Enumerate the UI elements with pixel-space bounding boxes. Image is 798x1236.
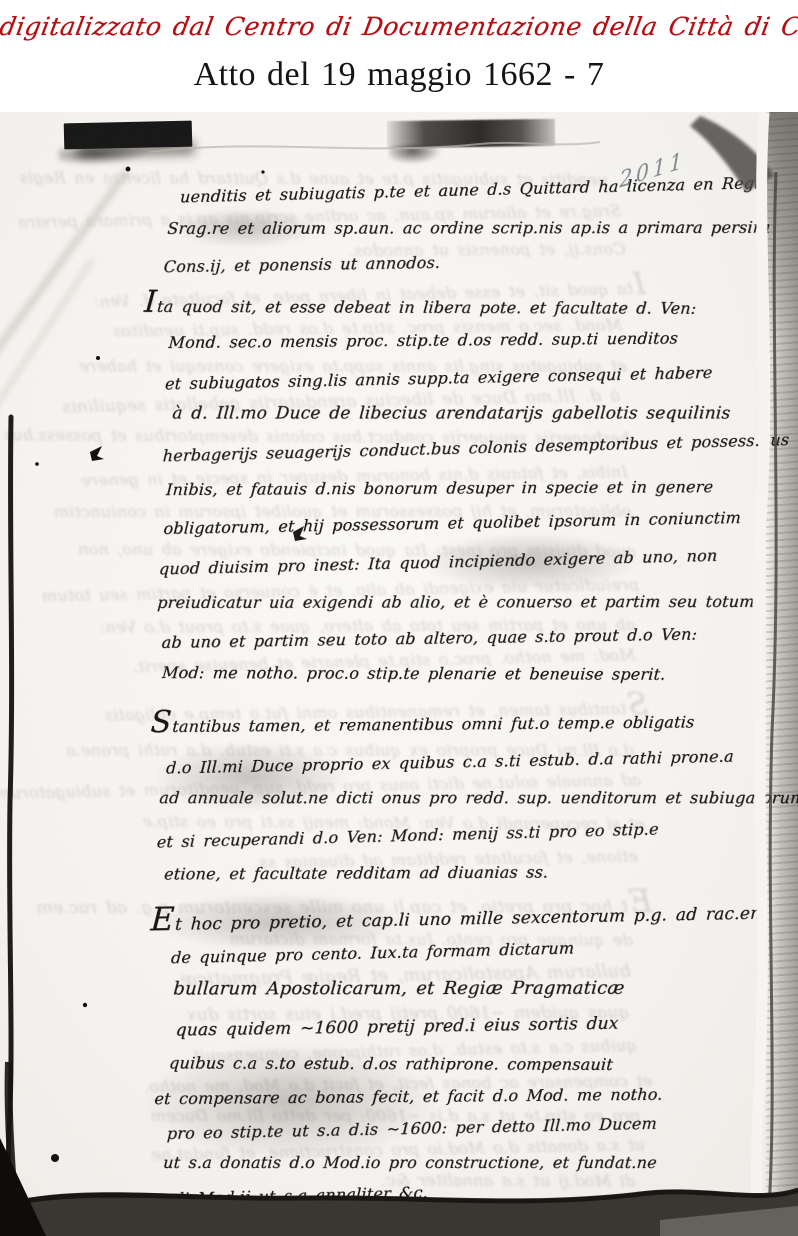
manuscript-line: Mod: me notho. proc.o stip.te plenarie e… [161,662,666,686]
page-header: digitalizzato dal Centro di Documentazio… [0,0,798,112]
manuscript-line: d.o Ill.mi Duce proprio ex quibus c.a s.… [165,746,734,780]
manuscript-line: Stantibus tamen, et remanentibus omni fu… [150,707,696,738]
manuscript-line: ut s.a donatis d.o Mod.io pro constructi… [162,1152,657,1174]
manuscript-line: etione, et facultate redditam ad diuania… [163,861,549,885]
manuscript-line: et si recuperandi d.o Ven: Mond: menij s… [156,818,659,853]
manuscript-line: et subiugatos sing.lis annis supp.ta exi… [164,362,713,395]
manuscript-line: Mond. sec.o mensis proc. stip.te d.os re… [168,327,679,353]
manuscript-line: uenditis et subiugatis p.te et aune d.s … [180,172,769,208]
manuscript-line: à d. Ill.mo Duce de libecius arendatarij… [172,402,732,424]
manuscript-line: Inibis, et fatauis d.nis bonorum desuper… [165,476,714,501]
manuscript-line: obligatorum, et hij possessorum et quoli… [163,507,742,540]
manuscript-line: Cons.ij, et ponensis ut annodos. [163,252,441,278]
manuscript-line: quibus c.a s.to estub. d.os rathiprone. … [168,1052,613,1076]
manuscript-line: Et hoc pro pretio, et cap.li uno mille s… [150,896,767,936]
document-page: digitalizzato dal Centro di Documentazio… [0,0,798,1236]
credit-line: digitalizzato dal Centro di Documentazio… [0,12,798,41]
manuscript-line: di Mod.ij ut s.a annaliter &c. [173,1182,428,1211]
manuscript-line: herbagerijs seuagerijs conduct.bus colon… [162,429,789,467]
manuscript-line: Srag.re et aliorum sp.aun. ac ordine scr… [167,217,771,240]
manuscript-line: quas quidem ~1600 pretij pred.i eius sor… [175,1013,619,1042]
manuscript-line: ad annuale solut.ne dicti onus pro redd.… [159,787,798,809]
manuscript-text: uenditis et subiugatis p.te et aune d.s … [0,112,798,1236]
page-title: Atto del 19 maggio 1662 - 7 [0,56,798,94]
manuscript-line: Ita quod sit, et esse debeat in libera p… [143,292,697,320]
manuscript-line: quod diuisim pro inest: Ita quod incipie… [158,545,717,581]
manuscript-line: bullarum Apostolicarum, et Regiæ Pragmat… [173,978,626,1001]
manuscript-scan: 2011 uenditis et subiugatis p.te et aune… [0,112,798,1236]
manuscript-line: preiudicatur uia exigendi ab alio, et è … [157,591,756,614]
manuscript-line: pro eo stip.te ut s.a d.is ~1600: per de… [166,1113,657,1145]
manuscript-line: et compensare ac bonas fecit, et facit d… [154,1084,663,1110]
manuscript-line: de quinque pro cento. Iux.ta formam dict… [170,937,574,969]
manuscript-line: ab uno et partim seu toto ab altero, qua… [161,623,698,653]
